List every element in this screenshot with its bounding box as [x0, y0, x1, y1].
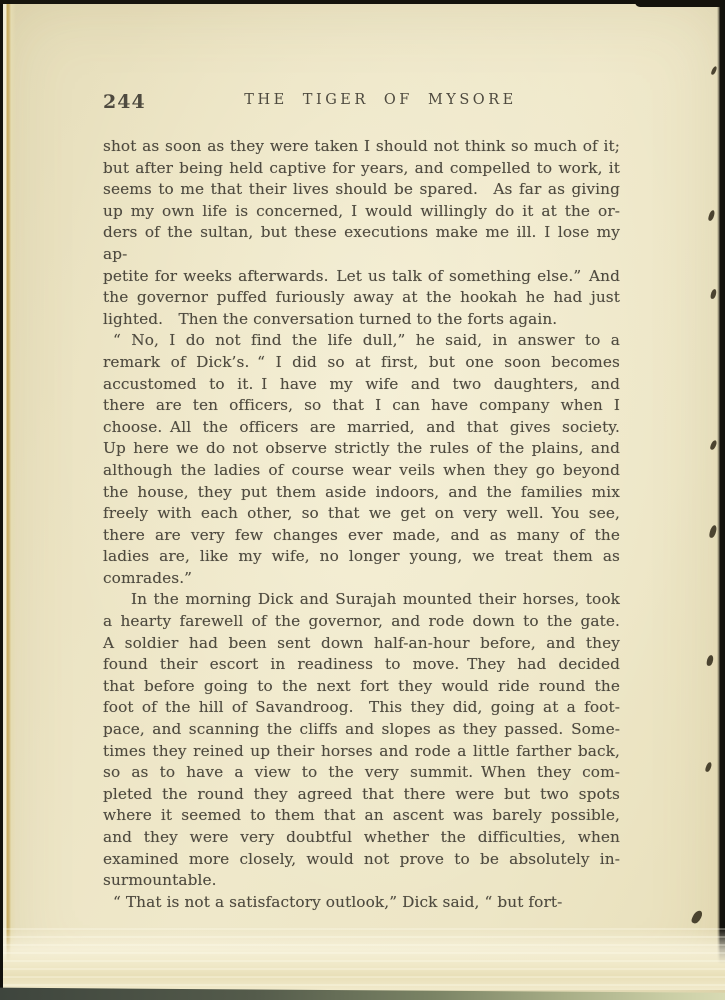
text-line: pleted the round they agreed that there … — [103, 784, 620, 806]
text-line: and they were very doubtful whether the … — [103, 827, 620, 849]
book-edge-right — [717, 0, 725, 988]
text-line: lighted. Then the conversation turned to… — [103, 309, 620, 331]
running-title: THE TIGER OF MYSORE — [103, 92, 620, 108]
text-line: choose. All the officers are married, an… — [103, 417, 620, 439]
text-line: seems to me that their lives should be s… — [103, 179, 620, 201]
book-edge-top-right-corner — [635, 0, 725, 7]
paragraph: In the morning Dick and Surajah mounted … — [103, 589, 620, 891]
text-line: so as to have a view to the very summit.… — [103, 762, 620, 784]
page-body: shot as soon as they were taken I should… — [103, 136, 620, 913]
text-line: freely with each other, so that we get o… — [103, 503, 620, 525]
text-line: surmountable. — [103, 870, 620, 892]
text-line: ders of the sultan, but these executions… — [103, 222, 620, 265]
book-page-scan: 244 THE TIGER OF MYSORE shot as soon as … — [0, 0, 725, 1000]
text-line: times they reined up their horses and ro… — [103, 741, 620, 763]
text-line: petite for weeks afterwards. Let us talk… — [103, 266, 620, 288]
text-line: A soldier had been sent down half-an-hou… — [103, 633, 620, 655]
book-edge-top — [0, 0, 725, 4]
text-line: comrades.” — [103, 568, 620, 590]
page-number: 244 — [103, 91, 146, 113]
text-line: a hearty farewell of the governor, and r… — [103, 611, 620, 633]
paragraph: “ That is not a satisfactory outlook,” D… — [103, 892, 620, 914]
text-line: found their escort in readiness to move.… — [103, 654, 620, 676]
text-line: that before going to the next fort they … — [103, 676, 620, 698]
text-line: “ No, I do not find the life dull,” he s… — [103, 330, 620, 352]
text-line: ladies are, like my wife, no longer youn… — [103, 546, 620, 568]
book-edge-left — [0, 0, 16, 1000]
page-header: 244 THE TIGER OF MYSORE — [103, 92, 620, 108]
paragraph: “ No, I do not find the life dull,” he s… — [103, 330, 620, 589]
text-line: In the morning Dick and Surajah mounted … — [103, 589, 620, 611]
text-line: remark of Dick’s. “ I did so at first, b… — [103, 352, 620, 374]
text-line: foot of the hill of Savandroog. This the… — [103, 697, 620, 719]
text-line: where it seemed to them that an ascent w… — [103, 805, 620, 827]
text-line: although the ladies of course wear veils… — [103, 460, 620, 482]
text-line: but after being held captive for years, … — [103, 158, 620, 180]
text-line: examined more closely, would not prove t… — [103, 849, 620, 871]
text-line: shot as soon as they were taken I should… — [103, 136, 620, 158]
text-line: the house, they put them aside indoors, … — [103, 482, 620, 504]
paragraph: shot as soon as they were taken I should… — [103, 136, 620, 330]
text-line: “ That is not a satisfactory outlook,” D… — [103, 892, 620, 914]
text-line: pace, and scanning the cliffs and slopes… — [103, 719, 620, 741]
text-line: the governor puffed furiously away at th… — [103, 287, 620, 309]
text-line: accustomed to it. I have my wife and two… — [103, 374, 620, 396]
text-line: there are very few changes ever made, an… — [103, 525, 620, 547]
text-line: up my own life is concerned, I would wil… — [103, 201, 620, 223]
text-line: there are ten officers, so that I can ha… — [103, 395, 620, 417]
page-stack-bottom — [3, 928, 725, 990]
text-line: Up here we do not observe strictly the r… — [103, 438, 620, 460]
